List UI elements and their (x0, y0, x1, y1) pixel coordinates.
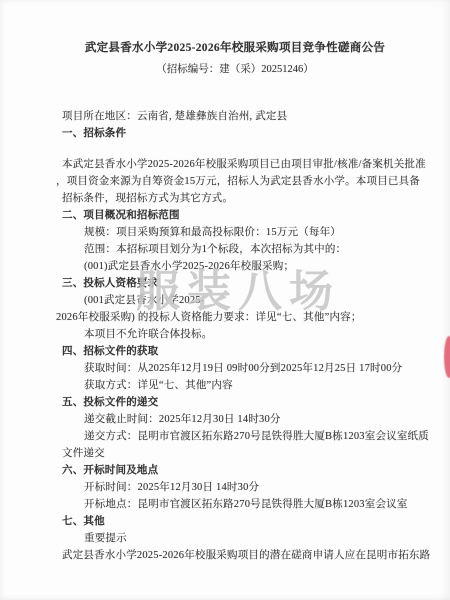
doc-line: 七、其他 (62, 513, 412, 530)
doc-line: 2026年校服采购) 的投标人资格能力要求：详见“七、其他”内容； (56, 309, 412, 326)
doc-line: ，项目资金来源为自筹资金15万元，招标人为武定县香水小学。本项目已具备 (56, 173, 412, 190)
doc-line: 递交截止时间：2025年12月30日 14时30分 (84, 411, 412, 428)
doc-line: 四、招标文件的获取 (62, 343, 412, 360)
doc-line: 本武定县香水小学2025-2026年校服采购项目已由项目审批/核准/备案机关批准 (62, 156, 412, 173)
doc-line: 二、项目概况和招标范围 (62, 207, 412, 224)
red-stamp-mark (444, 336, 450, 378)
doc-line: 范围：本招标项目划分为1个标段，本次招标为其中的： (84, 241, 412, 258)
doc-line: 开标地点：昆明市官渡区拓东路270号昆铁得胜大厦B栋1203室会议室 (84, 496, 412, 513)
doc-line: 获取时间：从2025年12月19日 09时00分到2025年12月25日 17时… (84, 360, 412, 377)
doc-line: 获取方式：详见“七、其他”内容 (84, 377, 412, 394)
doc-line: 招标条件，现招标方式为其它方式。 (62, 190, 412, 207)
doc-line: (001)武定县香水小学2025-2026年校服采购； (84, 258, 412, 275)
doc-line: 递交方式：昆明市官渡区拓东路270号昆铁得胜大厦B栋1203室会议室纸质 (84, 428, 412, 445)
doc-line: 六、开标时间及地点 (62, 462, 412, 479)
doc-line: 项目所在地区：云南省, 楚雄彝族自治州, 武定县 (62, 108, 412, 125)
doc-line: 文件递交 (62, 445, 412, 462)
doc-line: 一、招标条件 (62, 125, 412, 142)
tender-number: （招标编号：建（采）20251246） (58, 62, 412, 78)
doc-line: 三、投标人资格要求 (62, 275, 412, 292)
doc-line: 本项目不允许联合体投标。 (84, 326, 412, 343)
doc-line: 开标时间：2025年12月30日 14时30分 (84, 479, 412, 496)
doc-line: 五、投标文件的递交 (62, 394, 412, 411)
document-lines: 项目所在地区：云南省, 楚雄彝族自治州, 武定县一、招标条件本武定县香水小学20… (58, 108, 412, 564)
doc-line: 重要提示 (84, 530, 412, 547)
doc-line: 规模：项目采购预算和最高投标限价：15万元（每年） (84, 224, 412, 241)
page-title: 武定县香水小学2025-2026年校服采购项目竞争性磋商公告 (58, 40, 412, 57)
doc-line: (001武定县香水小学2025- (84, 292, 412, 309)
document-page: 武定县香水小学2025-2026年校服采购项目竞争性磋商公告 （招标编号：建（采… (0, 0, 450, 600)
doc-line: 武定县香水小学2025-2026年校服采购项目的潜在磋商申请人应在昆明市拓东路 (62, 547, 412, 564)
